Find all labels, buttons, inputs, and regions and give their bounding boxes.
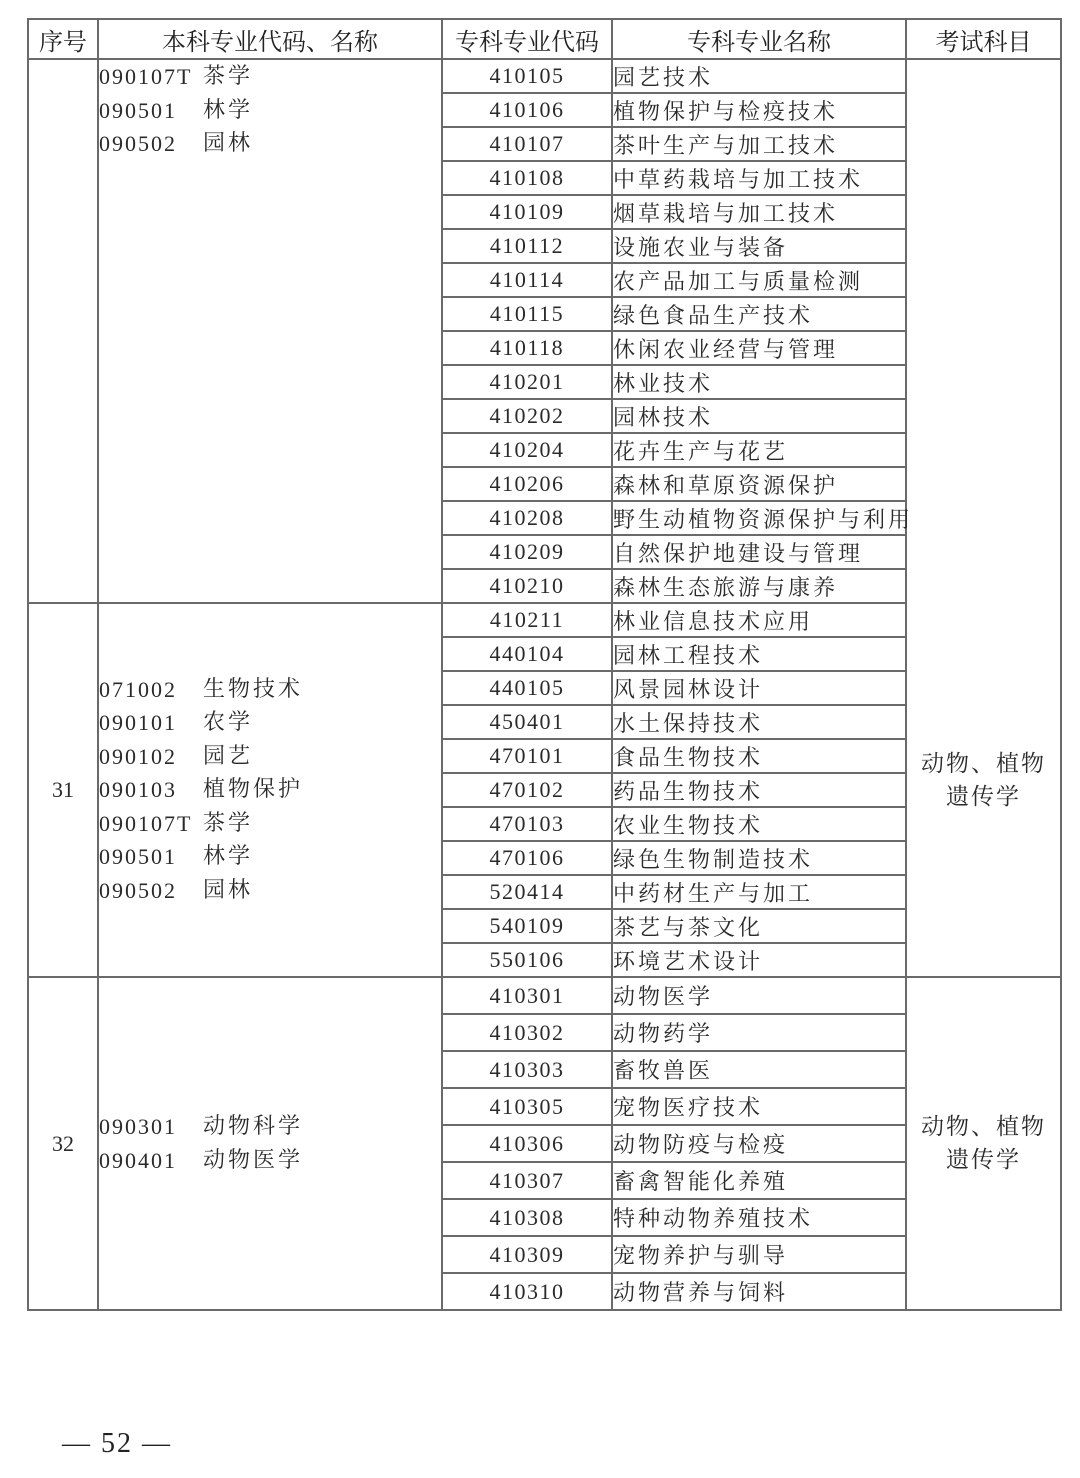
header-undergrad: 本科专业代码、名称 [98, 19, 442, 59]
undergrad-major-code: 090501 [99, 840, 203, 874]
header-exam: 考试科目 [906, 19, 1061, 59]
undergrad-major-code: 090103 [99, 773, 203, 807]
exam-subject-line: 遗传学 [907, 781, 1060, 814]
undergrad-major-name: 园林 [203, 874, 253, 908]
undergrad-major-code: 090107T [99, 60, 203, 94]
undergrad-major-name: 林学 [203, 840, 253, 874]
vocational-major-name: 烟草栽培与加工技术 [612, 195, 906, 229]
vocational-major-name: 自然保护地建设与管理 [612, 535, 906, 569]
vocational-major-name: 森林生态旅游与康养 [612, 569, 906, 603]
vocational-major-code: 410306 [442, 1125, 612, 1162]
undergrad-major: 090502园林 [99, 874, 441, 908]
vocational-major-name: 森林和草原资源保护 [612, 467, 906, 501]
undergrad-major: 090501林学 [99, 94, 441, 128]
vocational-major-name: 动物防疫与检疫 [612, 1125, 906, 1162]
vocational-major-code: 540109 [442, 909, 612, 943]
table-header-row: 序号 本科专业代码、名称 专科专业代码 专科专业名称 考试科目 [28, 19, 1061, 59]
vocational-major-name: 农业生物技术 [612, 807, 906, 841]
table-row: 090107T茶学090501林学090502园林410105园艺技术动物、植物… [28, 59, 1061, 93]
exam-subject-line: 遗传学 [907, 1144, 1060, 1177]
vocational-major-name: 宠物医疗技术 [612, 1088, 906, 1125]
vocational-major-code: 410305 [442, 1088, 612, 1125]
undergrad-major-code: 090102 [99, 740, 203, 774]
vocational-major-name: 园林工程技术 [612, 637, 906, 671]
vocational-major-name: 农产品加工与质量检测 [612, 263, 906, 297]
vocational-major-name: 花卉生产与花艺 [612, 433, 906, 467]
vocational-major-name: 宠物养护与驯导 [612, 1236, 906, 1273]
undergrad-major-code: 090101 [99, 706, 203, 740]
vocational-major-name: 中草药栽培与加工技术 [612, 161, 906, 195]
undergrad-major: 090107T茶学 [99, 60, 441, 94]
vocational-major-code: 550106 [442, 943, 612, 977]
exam-subject-cell: 动物、植物遗传学 [906, 977, 1061, 1310]
undergrad-major-code: 090107T [99, 807, 203, 841]
header-code: 专科专业代码 [442, 19, 612, 59]
vocational-major-code: 410118 [442, 331, 612, 365]
vocational-major-code: 410106 [442, 93, 612, 127]
vocational-major-code: 410201 [442, 365, 612, 399]
table-row: 32090301动物科学090401动物医学410301动物医学动物、植物遗传学 [28, 977, 1061, 1014]
undergrad-major-code: 090501 [99, 94, 203, 128]
undergrad-major-code: 090502 [99, 127, 203, 161]
undergrad-major-name: 动物医学 [203, 1144, 303, 1178]
seq-cell: 32 [28, 977, 98, 1310]
undergrad-major-name: 园艺 [203, 740, 253, 774]
vocational-major-code: 410310 [442, 1273, 612, 1310]
vocational-major-code: 410211 [442, 603, 612, 637]
vocational-major-code: 410208 [442, 501, 612, 535]
vocational-major-name: 环境艺术设计 [612, 943, 906, 977]
vocational-major-code: 410204 [442, 433, 612, 467]
vocational-major-code: 450401 [442, 705, 612, 739]
vocational-major-name: 中药材生产与加工 [612, 875, 906, 909]
vocational-major-name: 食品生物技术 [612, 739, 906, 773]
undergrad-major: 090101农学 [99, 706, 441, 740]
vocational-major-code: 410210 [442, 569, 612, 603]
major-mapping-table: 序号 本科专业代码、名称 专科专业代码 专科专业名称 考试科目 090107T茶… [27, 18, 1062, 1311]
undergrad-major-name: 动物科学 [203, 1110, 303, 1144]
exam-subject-cell: 动物、植物遗传学 [906, 59, 1061, 977]
exam-subject-line: 动物、植物 [907, 748, 1060, 781]
vocational-major-name: 畜牧兽医 [612, 1051, 906, 1088]
vocational-major-code: 410105 [442, 59, 612, 93]
undergrad-major-code: 090301 [99, 1110, 203, 1144]
vocational-major-name: 动物药学 [612, 1014, 906, 1051]
vocational-major-name: 风景园林设计 [612, 671, 906, 705]
undergrad-majors-cell: 090301动物科学090401动物医学 [98, 977, 442, 1310]
undergrad-major-code: 071002 [99, 673, 203, 707]
vocational-major-name: 休闲农业经营与管理 [612, 331, 906, 365]
undergrad-major-name: 植物保护 [203, 773, 303, 807]
vocational-major-name: 绿色生物制造技术 [612, 841, 906, 875]
vocational-major-name: 林业技术 [612, 365, 906, 399]
undergrad-major: 090102园艺 [99, 740, 441, 774]
vocational-major-name: 茶艺与茶文化 [612, 909, 906, 943]
vocational-major-name: 植物保护与检疫技术 [612, 93, 906, 127]
vocational-major-name: 畜禽智能化养殖 [612, 1162, 906, 1199]
undergrad-major: 090107T茶学 [99, 807, 441, 841]
vocational-major-code: 410206 [442, 467, 612, 501]
table-body: 090107T茶学090501林学090502园林410105园艺技术动物、植物… [28, 59, 1061, 1310]
vocational-major-code: 440104 [442, 637, 612, 671]
vocational-major-code: 520414 [442, 875, 612, 909]
vocational-major-name: 水土保持技术 [612, 705, 906, 739]
vocational-major-code: 410108 [442, 161, 612, 195]
vocational-major-code: 410301 [442, 977, 612, 1014]
vocational-major-name: 园林技术 [612, 399, 906, 433]
vocational-major-name: 绿色食品生产技术 [612, 297, 906, 331]
undergrad-major: 090501林学 [99, 840, 441, 874]
undergrad-major-name: 农学 [203, 706, 253, 740]
vocational-major-code: 410303 [442, 1051, 612, 1088]
page-number: — 52 — [62, 1428, 172, 1460]
vocational-major-name: 茶叶生产与加工技术 [612, 127, 906, 161]
vocational-major-code: 410309 [442, 1236, 612, 1273]
undergrad-major-name: 茶学 [203, 807, 253, 841]
vocational-major-code: 410112 [442, 229, 612, 263]
undergrad-major-code: 090502 [99, 874, 203, 908]
undergrad-major-name: 生物技术 [203, 673, 303, 707]
vocational-major-name: 园艺技术 [612, 59, 906, 93]
undergrad-major-name: 茶学 [203, 60, 253, 94]
undergrad-major-code: 090401 [99, 1144, 203, 1178]
undergrad-major-name: 林学 [203, 94, 253, 128]
exam-subject-line: 动物、植物 [907, 1111, 1060, 1144]
undergrad-majors-cell: 071002生物技术090101农学090102园艺090103植物保护0901… [98, 603, 442, 977]
vocational-major-code: 410209 [442, 535, 612, 569]
vocational-major-code: 410202 [442, 399, 612, 433]
header-seq: 序号 [28, 19, 98, 59]
vocational-major-code: 410107 [442, 127, 612, 161]
vocational-major-code: 410302 [442, 1014, 612, 1051]
undergrad-major-name: 园林 [203, 127, 253, 161]
vocational-major-code: 410109 [442, 195, 612, 229]
undergrad-major: 090401动物医学 [99, 1144, 441, 1178]
vocational-major-code: 410307 [442, 1162, 612, 1199]
vocational-major-code: 410114 [442, 263, 612, 297]
undergrad-major: 071002生物技术 [99, 673, 441, 707]
vocational-major-name: 动物医学 [612, 977, 906, 1014]
vocational-major-code: 440105 [442, 671, 612, 705]
undergrad-major: 090103植物保护 [99, 773, 441, 807]
vocational-major-code: 410115 [442, 297, 612, 331]
vocational-major-name: 野生动植物资源保护与利用 [612, 501, 906, 535]
vocational-major-code: 470103 [442, 807, 612, 841]
vocational-major-name: 设施农业与装备 [612, 229, 906, 263]
vocational-major-name: 特种动物养殖技术 [612, 1199, 906, 1236]
undergrad-major: 090502园林 [99, 127, 441, 161]
vocational-major-code: 470102 [442, 773, 612, 807]
vocational-major-code: 410308 [442, 1199, 612, 1236]
seq-cell [28, 59, 98, 603]
document-page: 序号 本科专业代码、名称 专科专业代码 专科专业名称 考试科目 090107T茶… [0, 0, 1080, 1478]
vocational-major-code: 470101 [442, 739, 612, 773]
seq-cell: 31 [28, 603, 98, 977]
vocational-major-name: 林业信息技术应用 [612, 603, 906, 637]
header-name: 专科专业名称 [612, 19, 906, 59]
vocational-major-name: 药品生物技术 [612, 773, 906, 807]
vocational-major-code: 470106 [442, 841, 612, 875]
undergrad-major: 090301动物科学 [99, 1110, 441, 1144]
vocational-major-name: 动物营养与饲料 [612, 1273, 906, 1310]
undergrad-majors-cell: 090107T茶学090501林学090502园林 [98, 59, 442, 603]
